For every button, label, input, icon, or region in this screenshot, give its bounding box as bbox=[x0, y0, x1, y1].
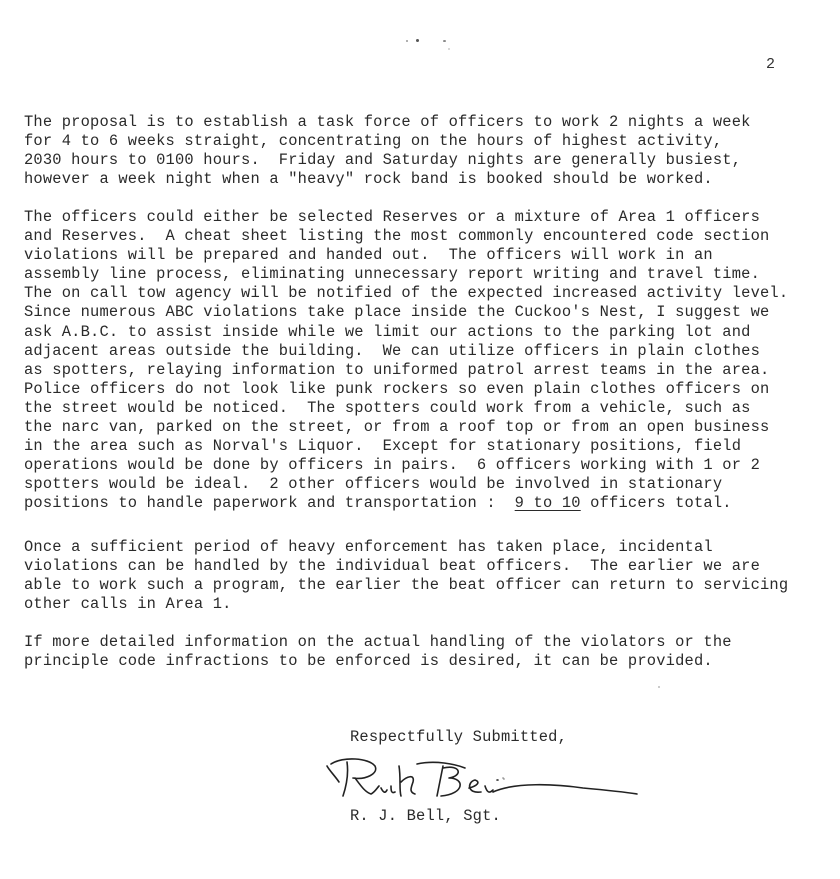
page-number: 2 bbox=[766, 56, 775, 73]
handwritten-signature-icon bbox=[325, 752, 645, 812]
paragraph-task-force-proposal: The proposal is to establish a task forc… bbox=[24, 113, 751, 189]
document-page: 2 The proposal is to establish a task fo… bbox=[0, 0, 840, 879]
paragraph-officer-selection: The officers could either be selected Re… bbox=[24, 208, 788, 514]
paragraph-incidental-violations: Once a sufficient period of heavy enforc… bbox=[24, 538, 788, 614]
closing-salutation: Respectfully Submitted, bbox=[350, 728, 567, 746]
last-line-suffix: officers total. bbox=[581, 494, 732, 512]
officers-total-underlined: 9 to 10 bbox=[515, 494, 581, 512]
scan-specks bbox=[400, 36, 460, 56]
paragraph-more-information: If more detailed information on the actu… bbox=[24, 633, 732, 671]
signer-name: R. J. Bell, Sgt. bbox=[350, 807, 501, 825]
last-line-prefix: positions to handle paperwork and transp… bbox=[24, 494, 515, 512]
paragraph-body: The officers could either be selected Re… bbox=[24, 208, 788, 493]
scan-speck bbox=[658, 686, 660, 688]
